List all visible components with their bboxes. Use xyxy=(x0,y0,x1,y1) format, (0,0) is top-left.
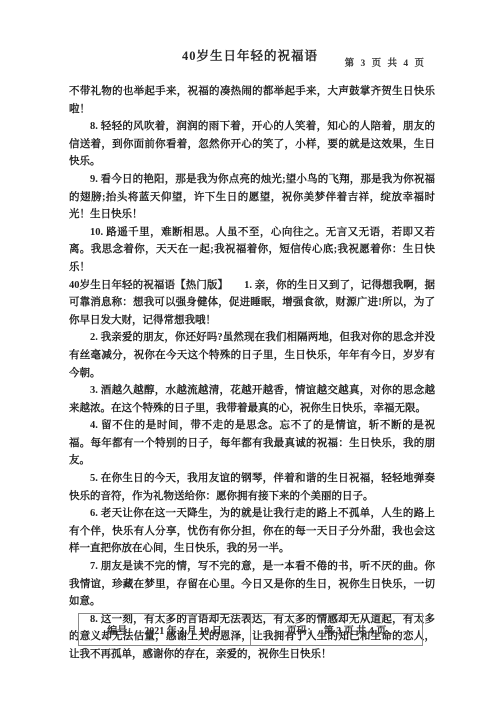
paragraph: 7. 朋友是读不完的情，写不完的意，是一本看不倦的书，听不厌的曲。你我情谊，珍藏… xyxy=(69,558,435,611)
document-footer: 编号： 2021 年 3 月 10 日 页码： 第 3 页 共 4 页 xyxy=(78,613,423,646)
paragraph: 6. 老天让你在这一天降生，为的就是让我行走的路上不孤单，人生的路上有个伴，快乐… xyxy=(69,505,435,558)
paragraph: 4. 留不住的是时间，带不走的是思念。忘不了的是情谊，斩不断的是祝福。每年都有一… xyxy=(69,417,435,470)
paragraph: 8. 轻轻的风吹着，润润的雨下着，开心的人笑着，知心的人陪着，朋友的信送着，到你… xyxy=(69,118,435,171)
footer-page-cell: 页码： 第 3 页 共 4 页 xyxy=(251,614,422,645)
paragraph: 9. 看今日的艳阳，那是我为你点亮的烛光;望小鸟的飞翔，那是我为你祝福的翅膀;抬… xyxy=(69,171,435,224)
footer-serial-cell: 编号： 2021 年 3 月 10 日 xyxy=(79,614,251,645)
paragraph: 10. 路遥千里，难断相思。人虽不至，心向往之。无言又无语，若即又若离。我思念着… xyxy=(69,224,435,277)
document-page: 40岁生日年轻的祝福语 第 3 页 共 4 页 不带礼物的也举起手来，祝福的凑热… xyxy=(0,0,500,707)
header-page-indicator: 第 3 页 共 4 页 xyxy=(345,55,426,69)
paragraph: 3. 酒越久越醇，水越流越清，花越开越香，情谊越交越真，对你的思念越来越浓。在这… xyxy=(69,382,435,417)
paragraph: 40岁生日年轻的祝福语【热门版】 1. 亲，你的生日又到了，记得想我啊，据可靠消… xyxy=(69,277,435,330)
document-body: 不带礼物的也举起手来，祝福的凑热闹的都举起手来，大声鼓掌齐贺生日快乐啦！8. 轻… xyxy=(69,83,435,664)
footer-serial-label: 编号： xyxy=(107,622,137,637)
footer-page-value: 第 3 页 共 4 页 xyxy=(324,622,387,637)
paragraph: 2. 我亲爱的朋友，你还好吗?虽然现在我们相隔两地，但我对你的思念并没有丝毫减分… xyxy=(69,329,435,382)
paragraph: 5. 在你生日的今天，我用友谊的钢琴，伴着和谐的生日祝福，轻轻地弹奏快乐的音符，… xyxy=(69,470,435,505)
paragraph: 不带礼物的也举起手来，祝福的凑热闹的都举起手来，大声鼓掌齐贺生日快乐啦！ xyxy=(69,83,435,118)
footer-page-label: 页码： xyxy=(287,622,317,637)
footer-serial-value: 2021 年 3 月 10 日 xyxy=(144,622,222,637)
